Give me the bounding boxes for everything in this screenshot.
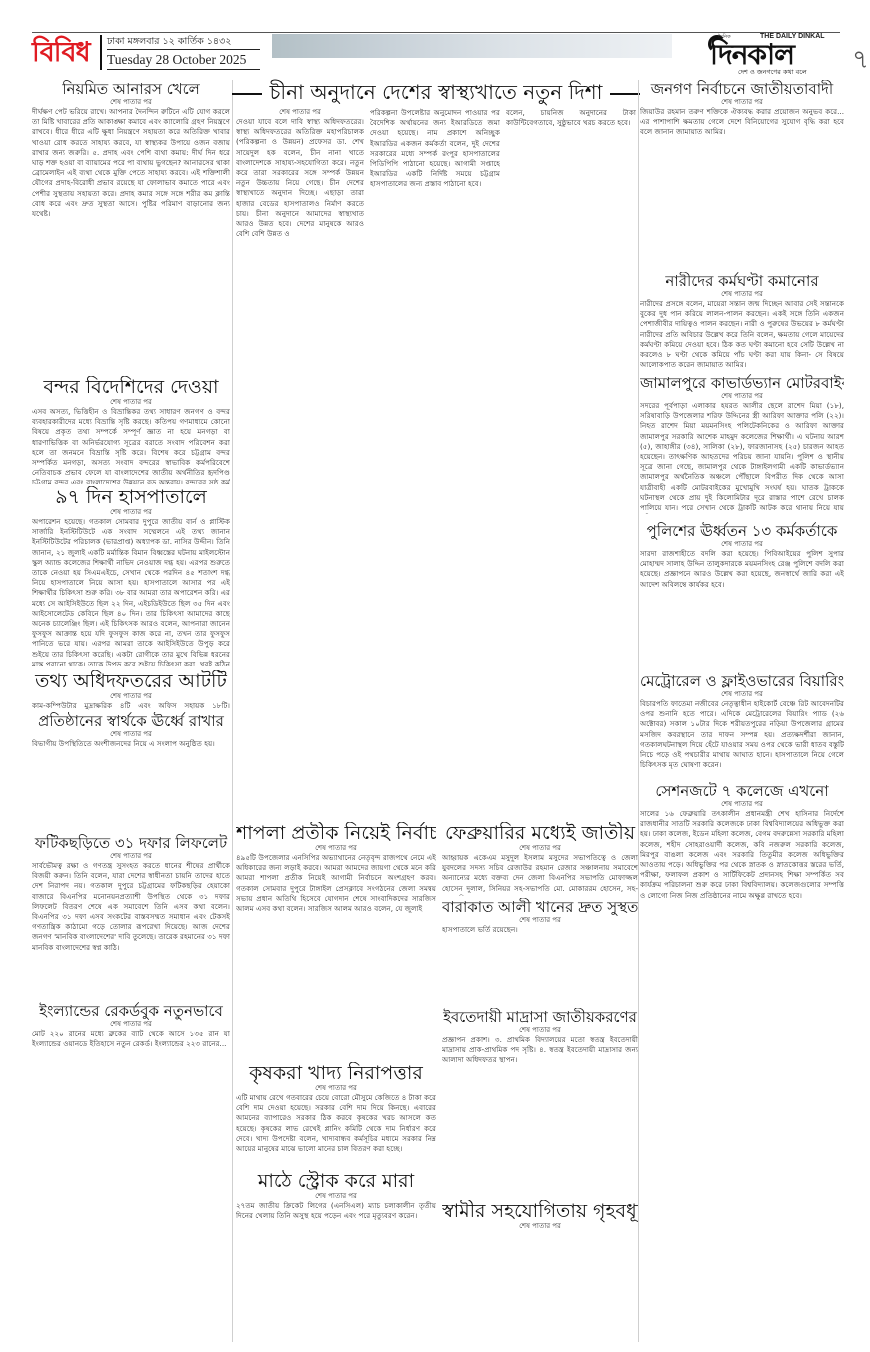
headline: বন্দর বিদেশিদের দেওয়া (32, 376, 230, 398)
kicker: শেষ পাতার পর (442, 844, 638, 853)
article-body: বলেন, চায়নিজ অনুদানের টাকা কাউন্টিবেগতা… (506, 108, 636, 128)
date-bengali: ঢাকা মঙ্গলবার ১২ কার্তিক ১৪৩২ (107, 35, 260, 50)
headline: সেশনজটে ৭ কলেজে এখনো (640, 782, 844, 800)
headline: মেট্রোরেল ও ফ্লাইওভারের বিয়ারিং (640, 672, 844, 690)
article-ebtedayi-madrasa: ইবতেদায়ী মাদ্রাসা জাতীয়করণের শেষ পাতার… (442, 1008, 638, 1200)
article-pineapple: নিয়মিত আনারস খেলে শেষ পাতার পর দীর্ঘক্ষ… (32, 80, 230, 290)
article-body: ৪৯৫টি উপজেলার এনসিপির অভ্যাথানের নেতৃবৃন… (236, 853, 436, 914)
headline: তথ্য অধিদফতরের আটটি (32, 670, 230, 692)
article-fatikchari-leaflet: ফটিকছড়িতে ৩১ দফার লিফলেট শেষ পাতার পর স… (32, 834, 230, 1000)
date-english: Tuesday 28 October 2025 (107, 50, 260, 70)
article-body: সালের ১৬ ফেব্রুয়ারি তৎকালীন প্রধানমন্ত্… (640, 809, 844, 901)
article-police-officers: পুলিশের ঊর্ধ্বতন ১৩ কর্মকর্তাকে শেষ পাতা… (640, 522, 844, 672)
kicker: শেষ পাতার পর (236, 1192, 436, 1201)
kicker: শেষ পাতার পর (32, 98, 230, 107)
article-barakat-ali-khan: বারাকাত আলী খানের দ্রুত সুস্থতা শেষ পাতা… (442, 898, 638, 1006)
headline: শাপলা প্রতীক নিয়েই নির্বাচনে (236, 822, 436, 844)
column-divider (232, 80, 233, 1342)
article-body: এটি মাথায় রেখে গতবারের চেয়ে বোরো মৌসুম… (236, 1093, 436, 1154)
column-divider (638, 80, 639, 1342)
article-body: দীর্ঘক্ষণ পেট ভরিয়ে রাখে। আপনার দৈনন্দি… (32, 107, 230, 219)
article-body: দেওয়া যাবে বলে দাবি স্বাস্থ্য অধিদফতরের… (236, 117, 364, 239)
headline-rule-left (232, 93, 262, 95)
article-jamalpur-accident: জামালপুরে কাভার্ডভ্যান মোটরবাইক শেষ পাতা… (640, 374, 844, 514)
article-port-foreigners: বন্দর বিদেশিদের দেওয়া শেষ পাতার পর এসব … (32, 376, 230, 484)
article-body: আহ্বায়ক একেএম মসুদুল ইসলাম মসুদের সভাপত… (442, 853, 638, 896)
article-body: পরিকল্পনা উপলেষ্টার অনুমোদন পাওয়ার পর ব… (370, 108, 500, 190)
headline: প্রতিষ্ঠানের স্বার্থকে ঊর্ধ্বে রাখার (32, 712, 230, 730)
headline: মাঠে স্ট্রোক করে মারা (236, 1170, 436, 1192)
lead-column-3: বলেন, চায়নিজ অনুদানের টাকা কাউন্টিবেগতা… (506, 108, 636, 818)
article-body: সারদা রাজশাহীতে বদলি করা হয়েছে। পিবিআইয… (640, 549, 844, 590)
headline: নারীদের কর্মঘণ্টা কমানোর (640, 272, 844, 290)
headline: নিয়মিত আনারস খেলে (32, 80, 230, 98)
headline: পুলিশের ঊর্ধ্বতন ১৩ কর্মকর্তাকে (640, 522, 844, 540)
headline: বারাকাত আলী খানের দ্রুত সুস্থতা (442, 898, 638, 916)
kicker: শেষ পাতার পর (32, 1020, 230, 1029)
article-body: বিচারপতি ফাতেমা নজীবের নেতৃত্বাধীন হাইকো… (640, 699, 844, 770)
ad-banner[interactable] (272, 34, 672, 58)
headline: স্বামীর সহযোগিতায় গৃহবধূকে (442, 1200, 638, 1222)
kicker: শেষ পাতার পর (32, 852, 230, 861)
headline: ইবতেদায়ী মাদ্রাসা জাতীয়করণের (442, 1008, 638, 1026)
article-body: হাসপাতালে ভর্তি রয়েছেন। (442, 925, 638, 935)
kicker: শেষ পাতার পর (640, 392, 844, 401)
article-97-days-hospital: ৯৭ দিন হাসপাতালে শেষ পাতার পর অপারেশন হয… (32, 486, 230, 666)
article-body: ২৭তম জাতীয় ক্রিকেট লিগের (এনসিএল) ম্যাচ… (236, 1201, 436, 1221)
kicker: শেষ পাতার পর (236, 844, 436, 853)
headline: ইংল্যান্ডের রেকর্ডবুক নতুনভাবে (32, 1002, 230, 1020)
lead-column-2: পরিকল্পনা উপলেষ্টার অনুমোদন পাওয়ার পর ব… (370, 108, 500, 818)
kicker: শেষ পাতার পর (442, 916, 638, 925)
article-body: সার্বভৌমত্ব রক্ষা ও গণতন্ত্র সুসংহত করতে… (32, 861, 230, 953)
article-institution-interest: প্রতিষ্ঠানের স্বার্থকে ঊর্ধ্বে রাখার শেষ… (32, 712, 230, 832)
article-body: কাম-কম্পিউটার মুদ্রাক্ষরিক ৪টি এবং অফিস … (32, 701, 230, 710)
article-body: জিয়াউর রহমান তরুণ শক্তিকে ঐক্যবদ্ধ করার… (640, 107, 844, 138)
article-stroke-on-field: মাঠে স্ট্রোক করে মারা শেষ পাতার পর ২৭তম … (236, 1170, 436, 1342)
kicker: শেষ পাতার পর (32, 730, 230, 739)
headline-rule-right (610, 93, 640, 95)
article-body: প্রজ্ঞাপন প্রকাশ। ৩. প্রাথমিক বিদ্যালয়ে… (442, 1035, 638, 1066)
lead-headline: চীনা অনুদানে দেশের স্বাস্থ্যখাতে নতুন দি… (262, 78, 611, 111)
kicker: শেষ পাতার পর (236, 1084, 436, 1093)
article-husband-cooperation: স্বামীর সহযোগিতায় গৃহবধূকে শেষ পাতার পর (442, 1200, 638, 1342)
article-women-working-hours: নারীদের কর্মঘণ্টা কমানোর শেষ পাতার পর না… (640, 272, 844, 374)
article-body: অপারেশন হয়েছে। গতকাল সোমবার দুপুরে জাতী… (32, 517, 230, 666)
date-box: ঢাকা মঙ্গলবার ১২ কার্তিক ১৪৩২ Tuesday 28… (100, 35, 260, 70)
kicker: শেষ পাতার পর (640, 540, 844, 549)
logo-tagline: দেশ ও জনগণের কথা বলে (738, 67, 807, 78)
lead-headline-row: চীনা অনুদানে দেশের স্বাস্থ্যখাতে নতুন দি… (232, 82, 640, 106)
kicker: শেষ পাতার পর (32, 398, 230, 407)
kicker: শেষ পাতার পর (640, 98, 844, 107)
article-farmers-food-security: কৃষকরা খাদ্য নিরাপত্তার শেষ পাতার পর এটি… (236, 1062, 436, 1170)
headline: জামালপুরে কাভার্ডভ্যান মোটরবাইক (640, 374, 844, 392)
article-body: নারীদের প্রসঙ্গে বলেন, মায়েরা সন্তান জন… (640, 299, 844, 370)
kicker: শেষ পাতার পর (640, 800, 844, 809)
article-metrorail-bearing: মেট্রোরেল ও ফ্লাইওভারের বিয়ারিং শেষ পাত… (640, 672, 844, 790)
newspaper-page: বিবিধ ঢাকা মঙ্গলবার ১২ কার্তিক ১৪৩২ Tues… (0, 0, 870, 1352)
headline: জনগণ নির্বাচনে জাতীয়তাবাদী (640, 80, 844, 98)
article-body: বিভাগীয় উপস্থিতিতে অংশীজনদের নিয়ে এ সং… (32, 739, 230, 749)
headline: কৃষকরা খাদ্য নিরাপত্তার (236, 1062, 436, 1084)
section-name: বিবিধ (32, 35, 90, 71)
article-info-directorate: তথ্য অধিদফতরের আটটি শেষ পাতার পর কাম-কম্… (32, 670, 230, 710)
masthead: বিবিধ ঢাকা মঙ্গলবার ১২ কার্তিক ১৪৩২ Tues… (32, 32, 840, 76)
kicker: শেষ পাতার পর (32, 692, 230, 701)
kicker: শেষ পাতার পর (32, 508, 230, 517)
kicker: শেষ পাতার পর (640, 290, 844, 299)
newspaper-logo: দৈনিক THE DAILY DINKAL দিনকাল দেশ ও জনগণ… (702, 33, 842, 77)
headline: ফটিকছড়িতে ৩১ দফার লিফলেট (32, 834, 230, 852)
kicker: শেষ পাতার পর (442, 1222, 638, 1231)
article-february-national: ফেব্রুয়ারির মধ্যেই জাতীয় শেষ পাতার পর … (442, 822, 638, 896)
kicker: শেষ পাতার পর (640, 690, 844, 699)
kicker: শেষ পাতার পর (442, 1026, 638, 1035)
article-public-nationalist: জনগণ নির্বাচনে জাতীয়তাবাদী শেষ পাতার পর… (640, 80, 844, 272)
logo-main: দিনকাল (710, 40, 794, 70)
headline: ফেব্রুয়ারির মধ্যেই জাতীয় (442, 822, 638, 844)
kicker: শেষ পাতার পর (236, 108, 364, 117)
article-body: এসব অসত্য, ভিত্তিহীন ও বিভ্রান্তিকর তথ্য… (32, 407, 230, 484)
article-england-record: ইংল্যান্ডের রেকর্ডবুক নতুনভাবে শেষ পাতার… (32, 1002, 230, 1342)
article-body: সদরের পূর্বপাড়া এলাকার হযরত আলীর ছেলে র… (640, 401, 844, 514)
lead-column-1: শেষ পাতার পর দেওয়া যাবে বলে দাবি স্বাস্… (236, 108, 364, 818)
headline: ৯৭ দিন হাসপাতালে (32, 486, 230, 508)
article-body: মোট ২২০ রানের মধ্যে ব্রুকের ব্যাট থেকে আ… (32, 1029, 230, 1049)
page-number: ৭ (852, 39, 869, 83)
article-shapla-symbol: শাপলা প্রতীক নিয়েই নির্বাচনে শেষ পাতার … (236, 822, 436, 1034)
article-seven-colleges: সেশনজটে ৭ কলেজে এখনো শেষ পাতার পর সালের … (640, 782, 844, 1302)
